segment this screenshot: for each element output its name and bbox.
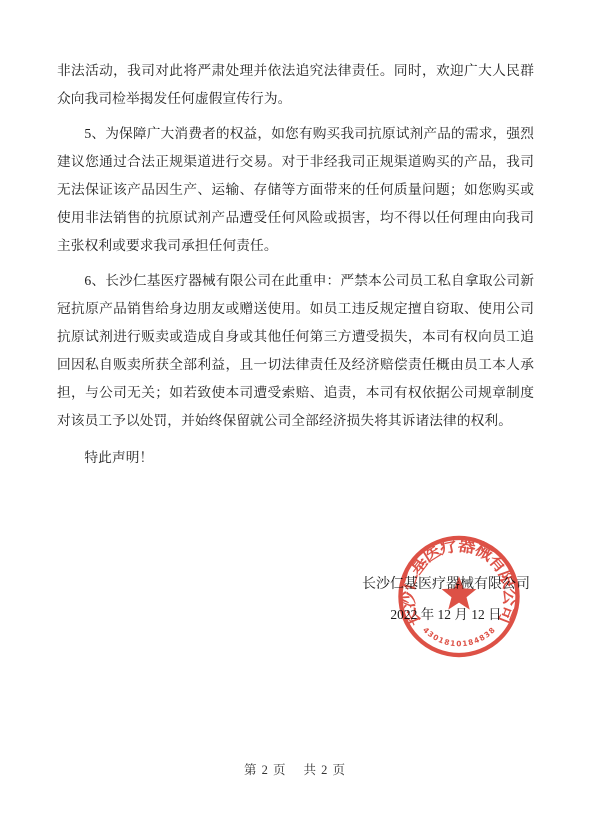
signature-block: 长沙仁基医疗器械有限公司 2022 年 12 月 12 日 xyxy=(362,570,530,630)
document-body: 非法活动，我司对此将严肃处理并依法追究法律责任。同时，欢迎广大人民群众向我司检举… xyxy=(57,57,534,479)
footer-page-number: 第 2 页 xyxy=(244,760,287,778)
signature-company-name: 长沙仁基医疗器械有限公司 xyxy=(362,570,530,600)
document-page: 非法活动，我司对此将严肃处理并依法追究法律责任。同时，欢迎广大人民群众向我司检举… xyxy=(0,0,590,840)
paragraph-item-5: 5、为保障广大消费者的权益，如您有购买我司抗原试剂产品的需求，强烈建议您通过合法… xyxy=(57,120,534,260)
signature-date: 2022 年 12 月 12 日 xyxy=(362,600,530,630)
closing-statement: 特此声明！ xyxy=(57,444,534,472)
footer-total-pages: 共 2 页 xyxy=(304,760,347,778)
paragraph-item-6: 6、长沙仁基医疗器械有限公司在此重申：严禁本公司员工私自拿取公司新冠抗原产品销售… xyxy=(57,267,534,435)
page-footer: 第 2 页 共 2 页 xyxy=(0,760,590,778)
paragraph-continuation: 非法活动，我司对此将严肃处理并依法追究法律责任。同时，欢迎广大人民群众向我司检举… xyxy=(57,57,534,113)
